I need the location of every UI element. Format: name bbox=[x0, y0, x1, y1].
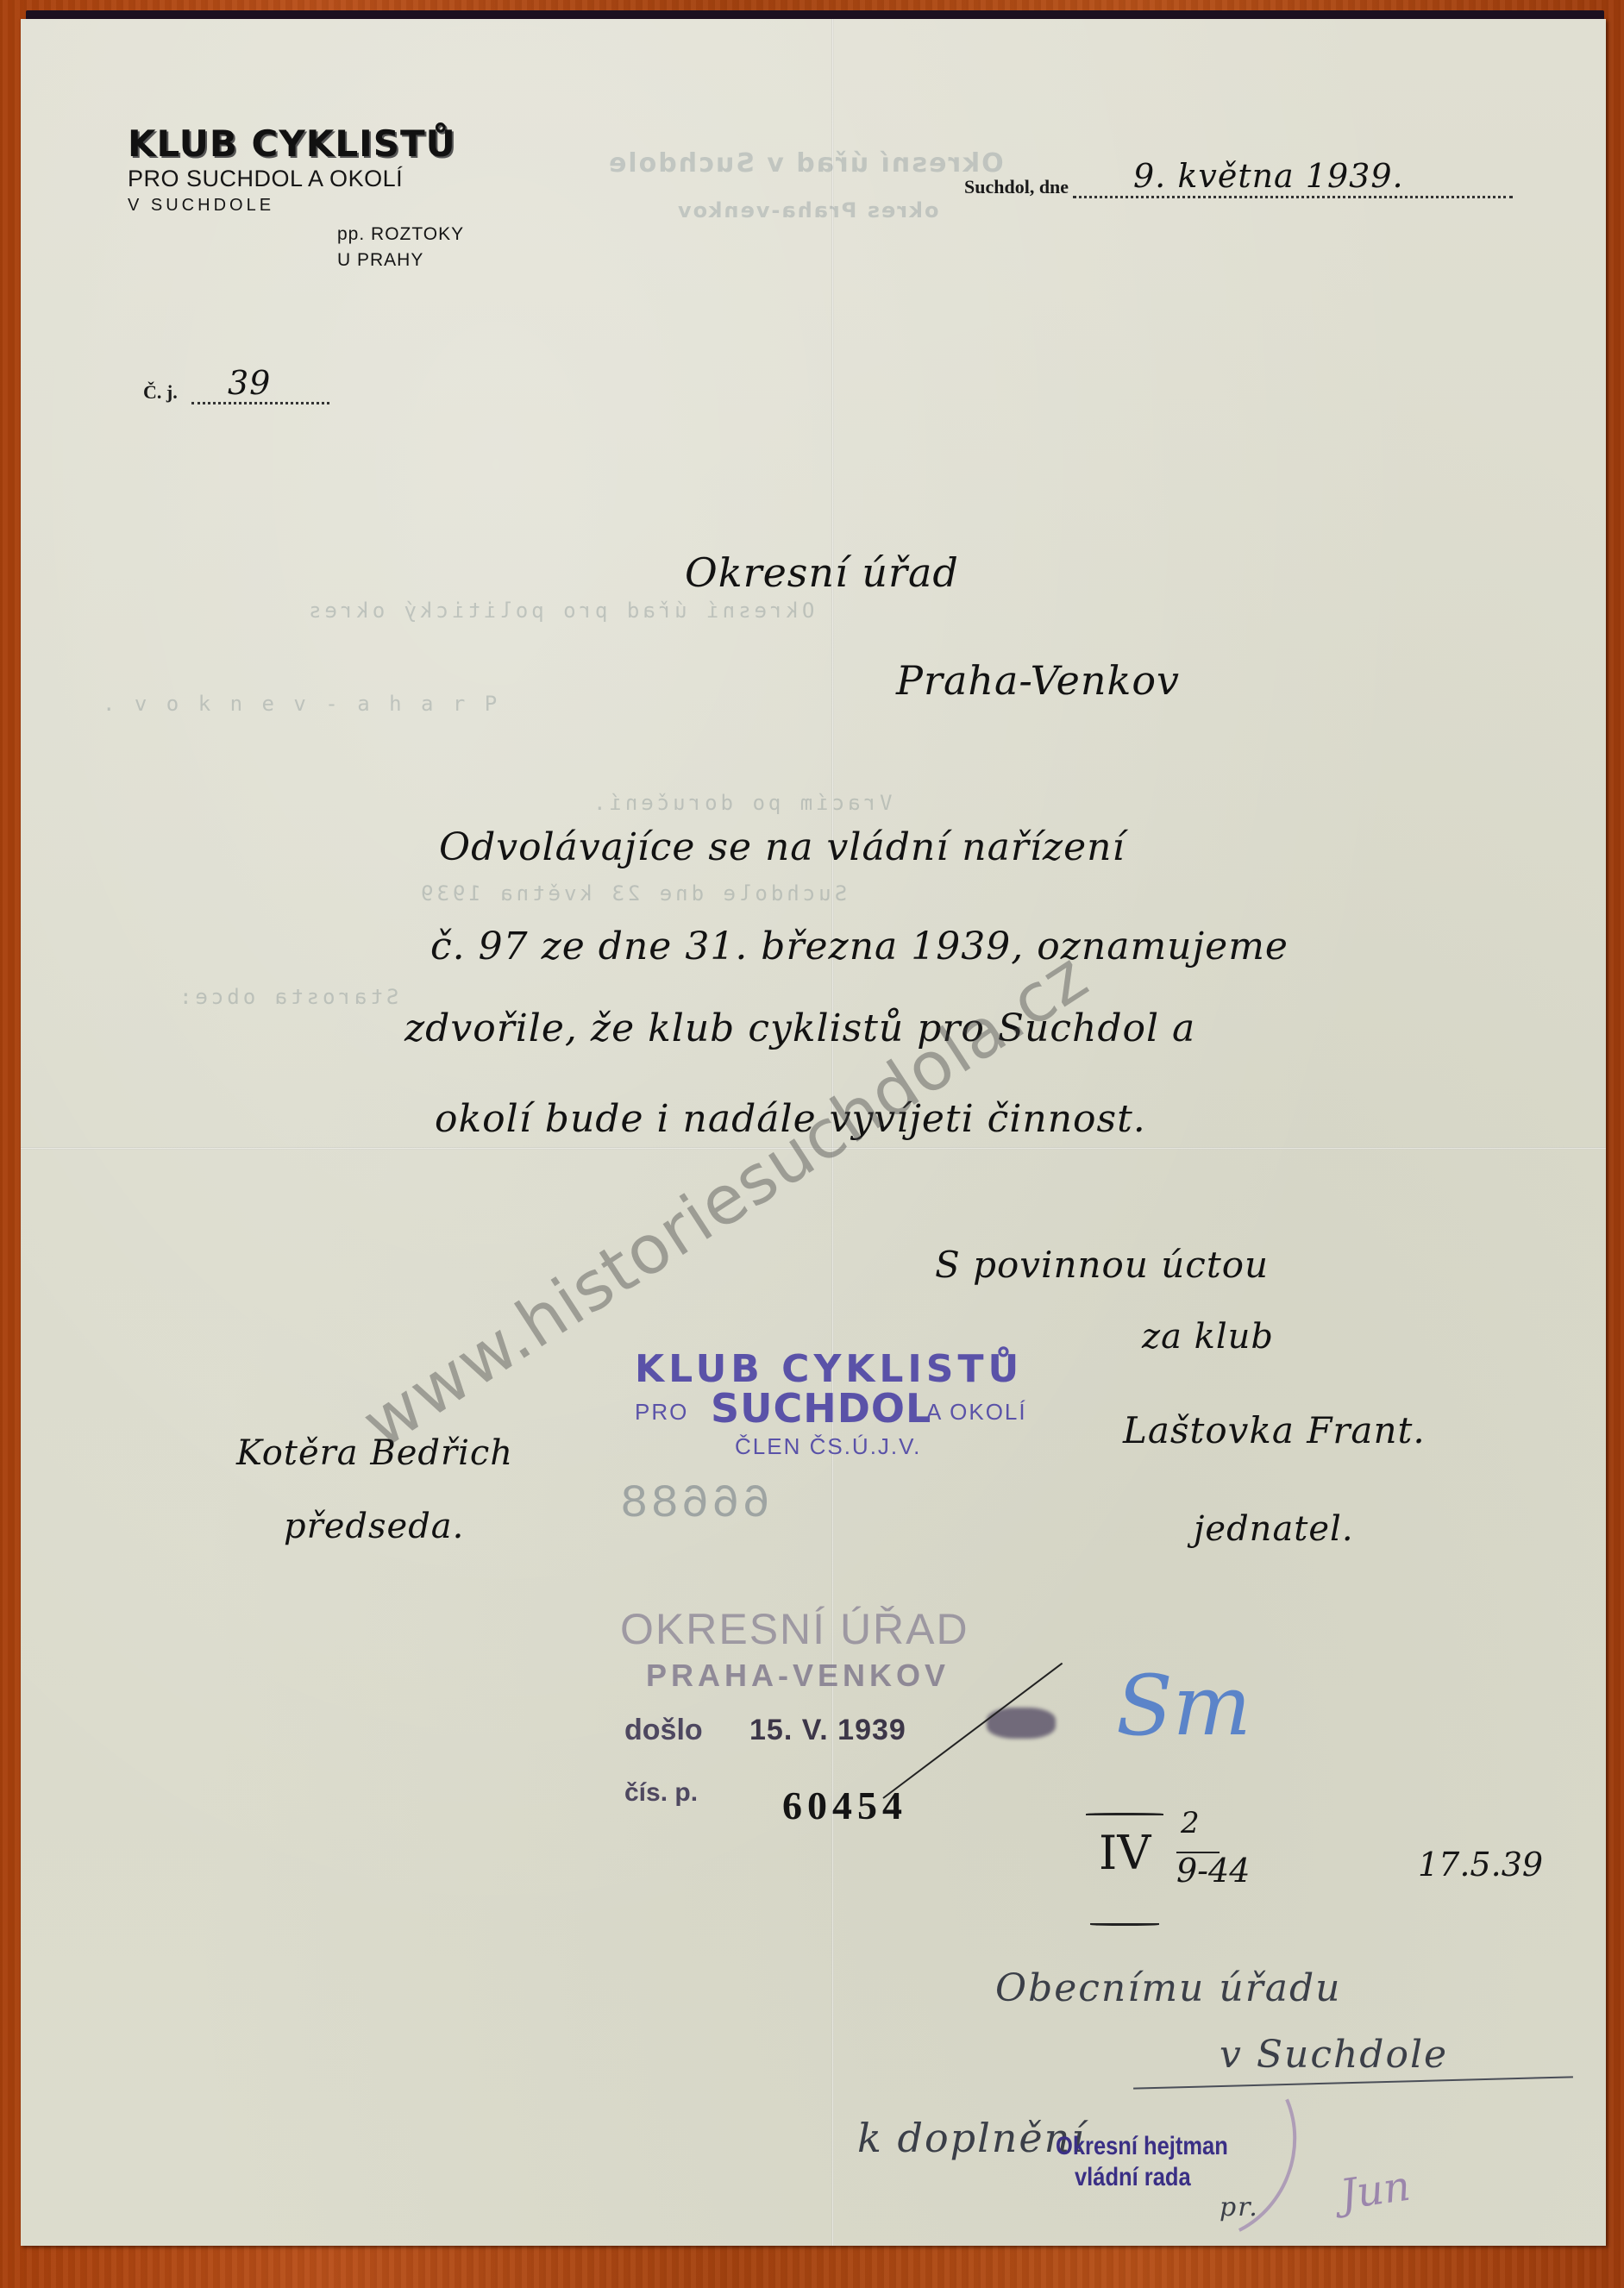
official-stamp-line2: vládní rada bbox=[1075, 2163, 1191, 2192]
letterhead-subtitle: PRO SUCHDOL A OKOLÍ bbox=[128, 166, 403, 192]
ghost-stamp-line2: okres Praha-venkov bbox=[676, 198, 939, 223]
club-stamp-suchdol: SUCHDOL bbox=[711, 1385, 931, 1432]
letter-paper: Okresní úřad v Suchdole okres Praha-venk… bbox=[21, 19, 1606, 2246]
reference-value: 39 bbox=[228, 364, 271, 402]
filing-department: IV bbox=[1099, 1826, 1151, 1880]
filing-fraction-bottom: 9-44 bbox=[1176, 1852, 1250, 1890]
closing-line1: S povinnou úctou bbox=[935, 1244, 1269, 1286]
ghost-typed-line2: . v o k n e v - a h a r P bbox=[103, 692, 500, 716]
ghost-typed-line4: Suchdole dne 23 května 1939 bbox=[417, 881, 847, 906]
club-stamp-pro: PRO bbox=[635, 1399, 688, 1426]
dateline-dotted-line bbox=[1073, 196, 1513, 198]
office-stamp-received-label: došlo bbox=[624, 1714, 703, 1747]
dateline-label: Suchdol, dne bbox=[964, 176, 1069, 198]
official-stamp-line1: Okresní hejtman bbox=[1056, 2132, 1228, 2161]
office-stamp-number-label: čís. p. bbox=[624, 1778, 698, 1808]
ghost-typed-line1: Okresní úřad pro politický okres bbox=[305, 599, 814, 623]
office-stamp-line2: PRAHA-VENKOV bbox=[646, 1658, 950, 1694]
club-stamp-membership: ČLEN ČS.Ú.J.V. bbox=[735, 1433, 921, 1460]
mirrored-number-imprint: 66688 bbox=[618, 1478, 770, 1531]
ghost-typed-line3: Vracím po doručení. bbox=[590, 791, 893, 815]
letterhead-title: KLUB CYKLISTŮ bbox=[128, 122, 456, 165]
blue-ink-initial: Sm bbox=[1116, 1658, 1251, 1754]
dateline-value: 9. května 1939. bbox=[1133, 157, 1404, 195]
signature-chairman-name: Kotěra Bedřich bbox=[236, 1433, 513, 1473]
letterhead-location: V SUCHDOLE bbox=[128, 196, 274, 216]
letterhead-post-city: U PRAHY bbox=[337, 250, 423, 271]
ghost-typed-line5: Starosta obce: bbox=[176, 985, 398, 1009]
recipient-line1: Okresní úřad bbox=[685, 549, 959, 596]
body-line: č. 97 ze dne 31. března 1939, oznamujeme bbox=[430, 925, 1289, 968]
pencil-note-line3: k doplnění bbox=[857, 2115, 1086, 2161]
ghost-stamp-line1: Okresní úřad v Suchdole bbox=[607, 148, 1004, 179]
letterhead-post-office: pp. ROZTOKY bbox=[337, 224, 464, 245]
filing-bracket-bottom bbox=[1090, 1923, 1159, 1926]
violet-signature: Jun bbox=[1337, 2162, 1413, 2220]
reference-label: Č. j. bbox=[143, 381, 178, 404]
filing-date: 17.5.39 bbox=[1418, 1846, 1543, 1884]
office-stamp-number: 60454 bbox=[782, 1783, 907, 1828]
closing-line2: za klub bbox=[1142, 1317, 1274, 1357]
body-line: Odvolávajíce se na vládní nařízení bbox=[439, 825, 1126, 869]
reference-dotted-line bbox=[191, 402, 329, 404]
signature-secretary-name: Laštovka Frant. bbox=[1123, 1409, 1426, 1451]
signature-secretary-role: jednatel. bbox=[1194, 1509, 1354, 1549]
signature-chairman-role: předseda. bbox=[284, 1507, 464, 1546]
recipient-line2: Praha-Venkov bbox=[896, 657, 1180, 704]
filing-bracket-top bbox=[1086, 1813, 1163, 1815]
club-stamp-okoli: A OKOLÍ bbox=[926, 1399, 1027, 1426]
office-stamp-received-date: 15. V. 1939 bbox=[749, 1714, 906, 1747]
filing-fraction-top: 2 bbox=[1181, 1806, 1200, 1840]
office-stamp-line1: OKRESNÍ ÚŘAD bbox=[620, 1604, 969, 1654]
pencil-note-line1: Obecnímu úřadu bbox=[995, 1966, 1341, 2010]
